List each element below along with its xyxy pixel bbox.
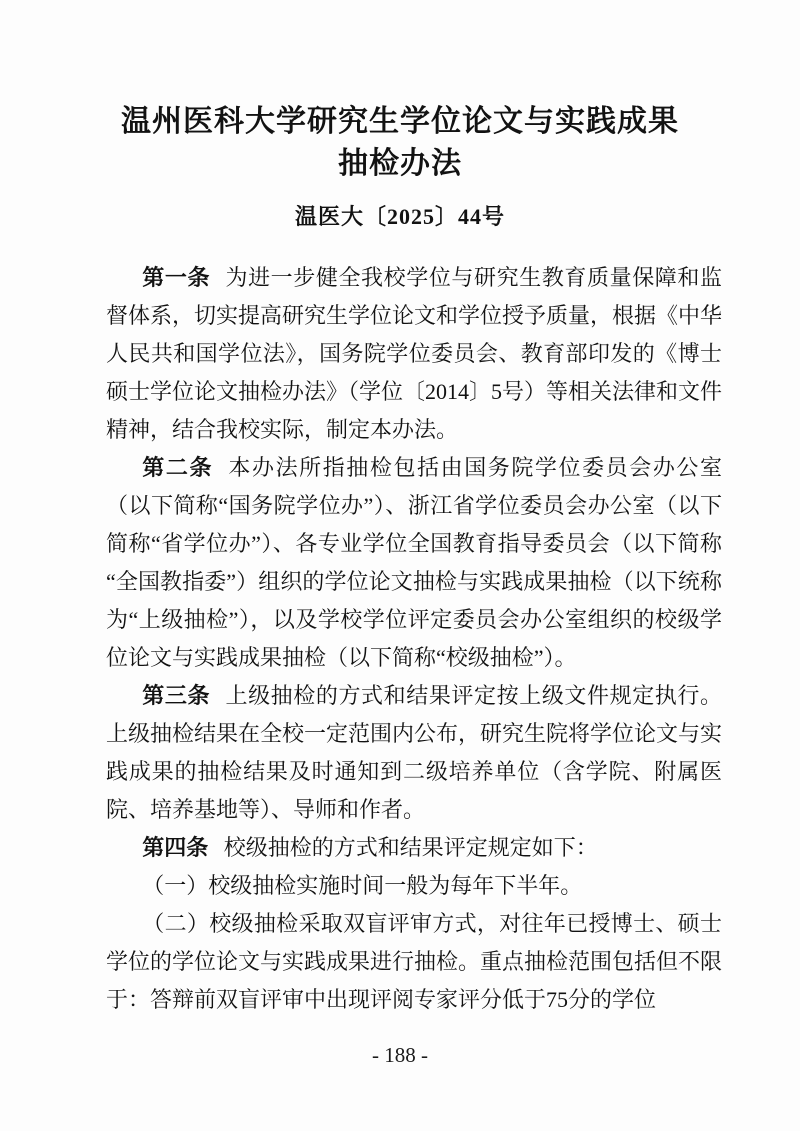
body-paragraph: 第一条为进一步健全我校学位与研究生教育质量保障和监督体系，切实提高研究生学位论文… [106,259,722,449]
paragraph-text: （二）校级抽检采取双盲评审方式，对往年已授博士、硕士学位的学位论文与实践成果进行… [106,911,722,1012]
article-label: 第三条 [142,683,210,708]
body-paragraph: （一）校级抽检实施时间一般为每年下半年。 [106,867,722,905]
paragraph-text: 校级抽检的方式和结果评定规定如下： [224,835,598,860]
paragraph-text: 本办法所指抽检包括由国务院学位委员会办公室（以下简称“国务院学位办”）、浙江省学… [106,455,722,670]
body-paragraph: （二）校级抽检采取双盲评审方式，对往年已授博士、硕士学位的学位论文与实践成果进行… [106,905,722,1019]
paragraph-text: （一）校级抽检实施时间一般为每年下半年。 [142,873,582,898]
document-number: 温医大〔2025〕44号 [0,202,800,232]
article-label: 第二条 [142,455,213,480]
body-paragraph: 第三条上级抽检的方式和结果评定按上级文件规定执行。上级抽检结果在全校一定范围内公… [106,677,722,829]
document-body: 第一条为进一步健全我校学位与研究生教育质量保障和监督体系，切实提高研究生学位论文… [106,259,722,1019]
body-paragraph: 第四条校级抽检的方式和结果评定规定如下： [106,829,722,867]
title-line-1: 温州医科大学研究生学位论文与实践成果 [0,101,800,143]
article-label: 第一条 [142,265,210,290]
document-page: 温州医科大学研究生学位论文与实践成果 抽检办法 温医大〔2025〕44号 第一条… [0,0,800,1131]
body-paragraph: 第二条本办法所指抽检包括由国务院学位委员会办公室（以下简称“国务院学位办”）、浙… [106,449,722,677]
paragraph-text: 为进一步健全我校学位与研究生教育质量保障和监督体系，切实提高研究生学位论文和学位… [106,265,722,442]
document-title: 温州医科大学研究生学位论文与实践成果 抽检办法 [0,0,800,185]
title-line-2: 抽检办法 [0,143,800,185]
article-label: 第四条 [142,835,208,860]
page-number: - 188 - [0,1042,800,1068]
